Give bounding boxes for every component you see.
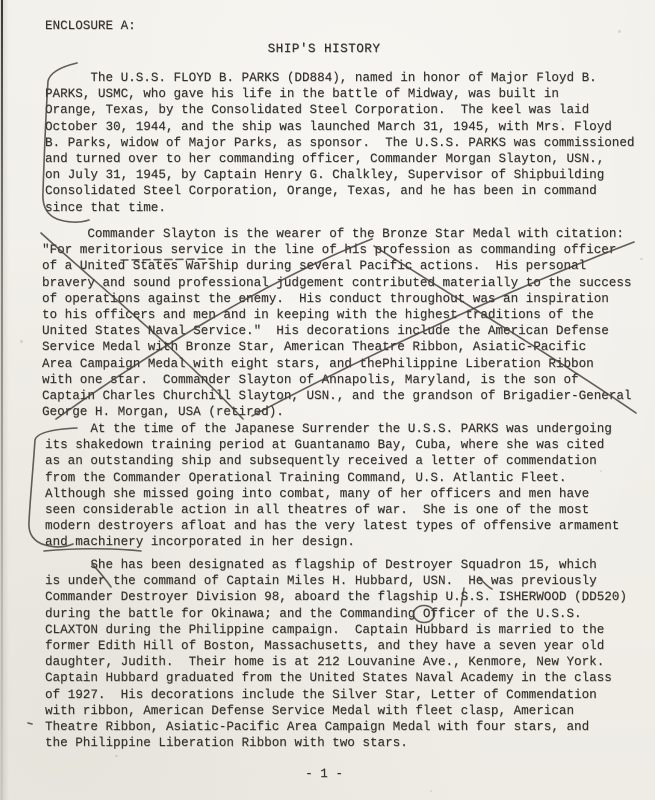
scan-speck bbox=[560, 120, 562, 122]
scan-speck bbox=[115, 755, 118, 757]
paragraph-ship-construction: The U.S.S. FLOYD B. PARKS (DD884), named… bbox=[45, 70, 647, 216]
scan-speck bbox=[600, 470, 602, 472]
scan-speck bbox=[350, 690, 352, 692]
scan-edge-line bbox=[1, 0, 3, 800]
scan-speck bbox=[618, 30, 621, 33]
scan-speck bbox=[430, 790, 432, 792]
scan-speck bbox=[640, 258, 643, 260]
margin-dot-theatre-line bbox=[28, 723, 32, 724]
page-title: SHIP'S HISTORY bbox=[0, 41, 648, 57]
paragraph-flagship-hubbard: She has been designated as flagship of D… bbox=[45, 557, 647, 751]
scan-speck bbox=[20, 340, 23, 343]
paragraph-commander-slayton: Commander Slayton is the wearer of the B… bbox=[42, 226, 648, 420]
page-number: - 1 - bbox=[0, 766, 648, 782]
scanned-document-page: ENCLOSURE A: SHIP'S HISTORY The U.S.S. F… bbox=[0, 0, 655, 800]
paragraph-shakedown-training: At the time of the Japanese Surrender th… bbox=[45, 421, 647, 551]
enclosure-label: ENCLOSURE A: bbox=[45, 18, 136, 34]
